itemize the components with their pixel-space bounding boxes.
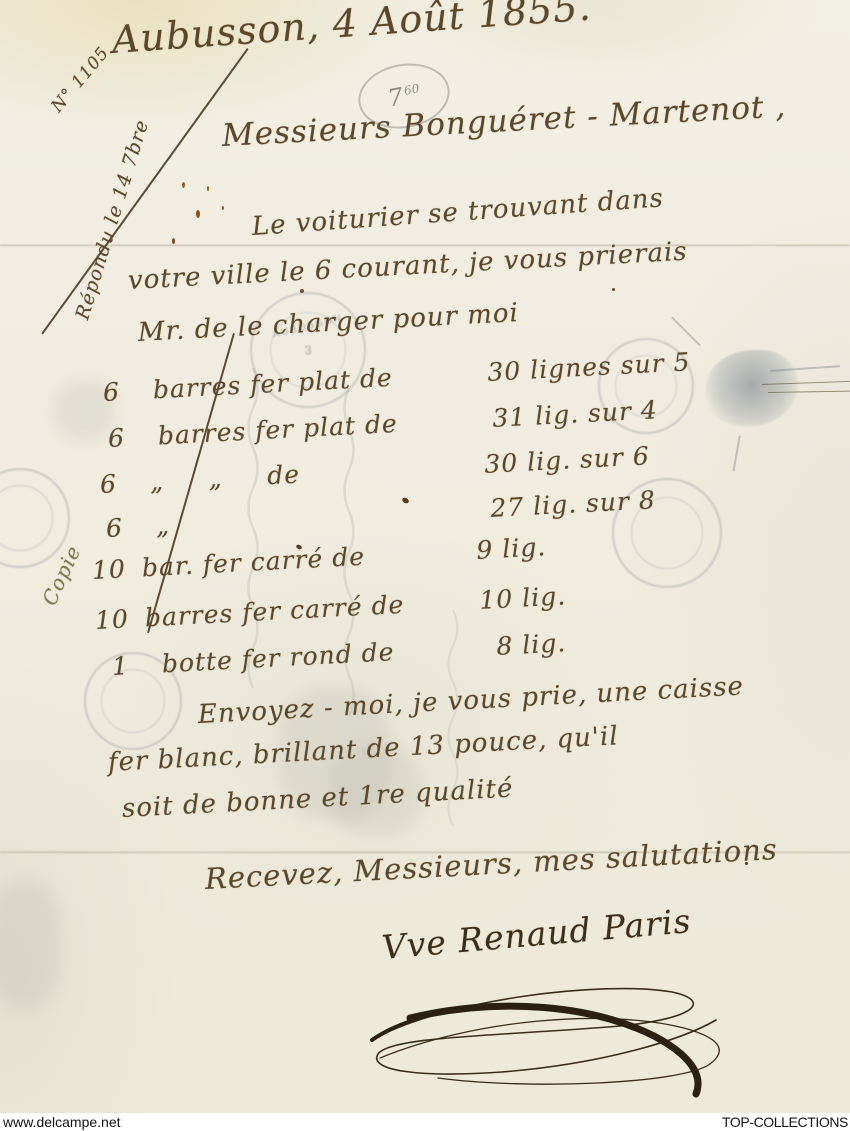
signature: Vve Renaud Paris (380, 901, 693, 967)
watermark-bar: www.delcampe.net TOP-COLLECTIONS (0, 1113, 850, 1131)
order-qty: 6 (107, 421, 158, 453)
order-qty: 10 (91, 553, 142, 585)
order-qty: 6 (99, 467, 150, 499)
ink-speck (207, 186, 209, 191)
order-desc: barres fer plat de (157, 404, 493, 450)
order-dims: 30 lig. sur 6 (484, 441, 651, 479)
pen-streak (768, 391, 850, 394)
order-qty: 6 (105, 511, 156, 543)
fold-crease (0, 244, 850, 247)
ink-speck (222, 206, 224, 210)
order-desc: „ (155, 494, 491, 540)
ink-speck (300, 289, 304, 293)
order-dims: 10 lig. (479, 581, 567, 614)
ink-blot-ray (733, 436, 741, 472)
ink-blot (706, 350, 798, 426)
ink-speck (196, 210, 200, 218)
closing-line: Envoyez - moi, je vous prie, une caisse (197, 671, 744, 730)
paper-smudge (0, 880, 60, 1010)
valediction: Recevez, Messieurs, mes salutations (204, 832, 778, 896)
signature-flourish (352, 978, 752, 1098)
order-qty: 1 (111, 649, 162, 681)
watermark-collection-text: TOP-COLLECTIONS (722, 1114, 848, 1130)
ink-speck (172, 238, 175, 244)
watermark-site-text: www.delcampe.net (3, 1114, 121, 1130)
postmark-date-text: 3 (304, 343, 311, 358)
order-desc: „ „ de (149, 450, 485, 496)
salutation: Messieurs Bonguéret - Martenot , (221, 88, 787, 154)
ink-blot-ray (671, 317, 700, 346)
letter-scan: AUBUSSON 3 N° 1105 Répondu le 14 7bre Co… (0, 0, 850, 1131)
order-desc: bar. fer carré de (141, 536, 477, 582)
dateline: Aubusson, 4 Août 1855. (110, 0, 592, 62)
ink-speck (612, 288, 615, 291)
postmark-inner-ring (0, 485, 53, 550)
body-line: Le voiturier se trouvant dans (251, 183, 665, 242)
file-number-annotation: N° 1105 (47, 43, 113, 116)
order-qty: 10 (94, 603, 145, 635)
pencil-price-sub: 60 (403, 81, 420, 97)
order-qty: 6 (102, 375, 153, 407)
letter-paper: AUBUSSON 3 N° 1105 Répondu le 14 7bre Co… (0, 0, 850, 1113)
order-dims: 9 lig. (476, 532, 547, 565)
order-dims: 8 lig. (496, 628, 567, 661)
ink-speck (182, 182, 185, 188)
order-desc: barres fer carré de (144, 586, 480, 632)
order-line: 10 barres fer carré de 10 lig. (94, 581, 567, 635)
